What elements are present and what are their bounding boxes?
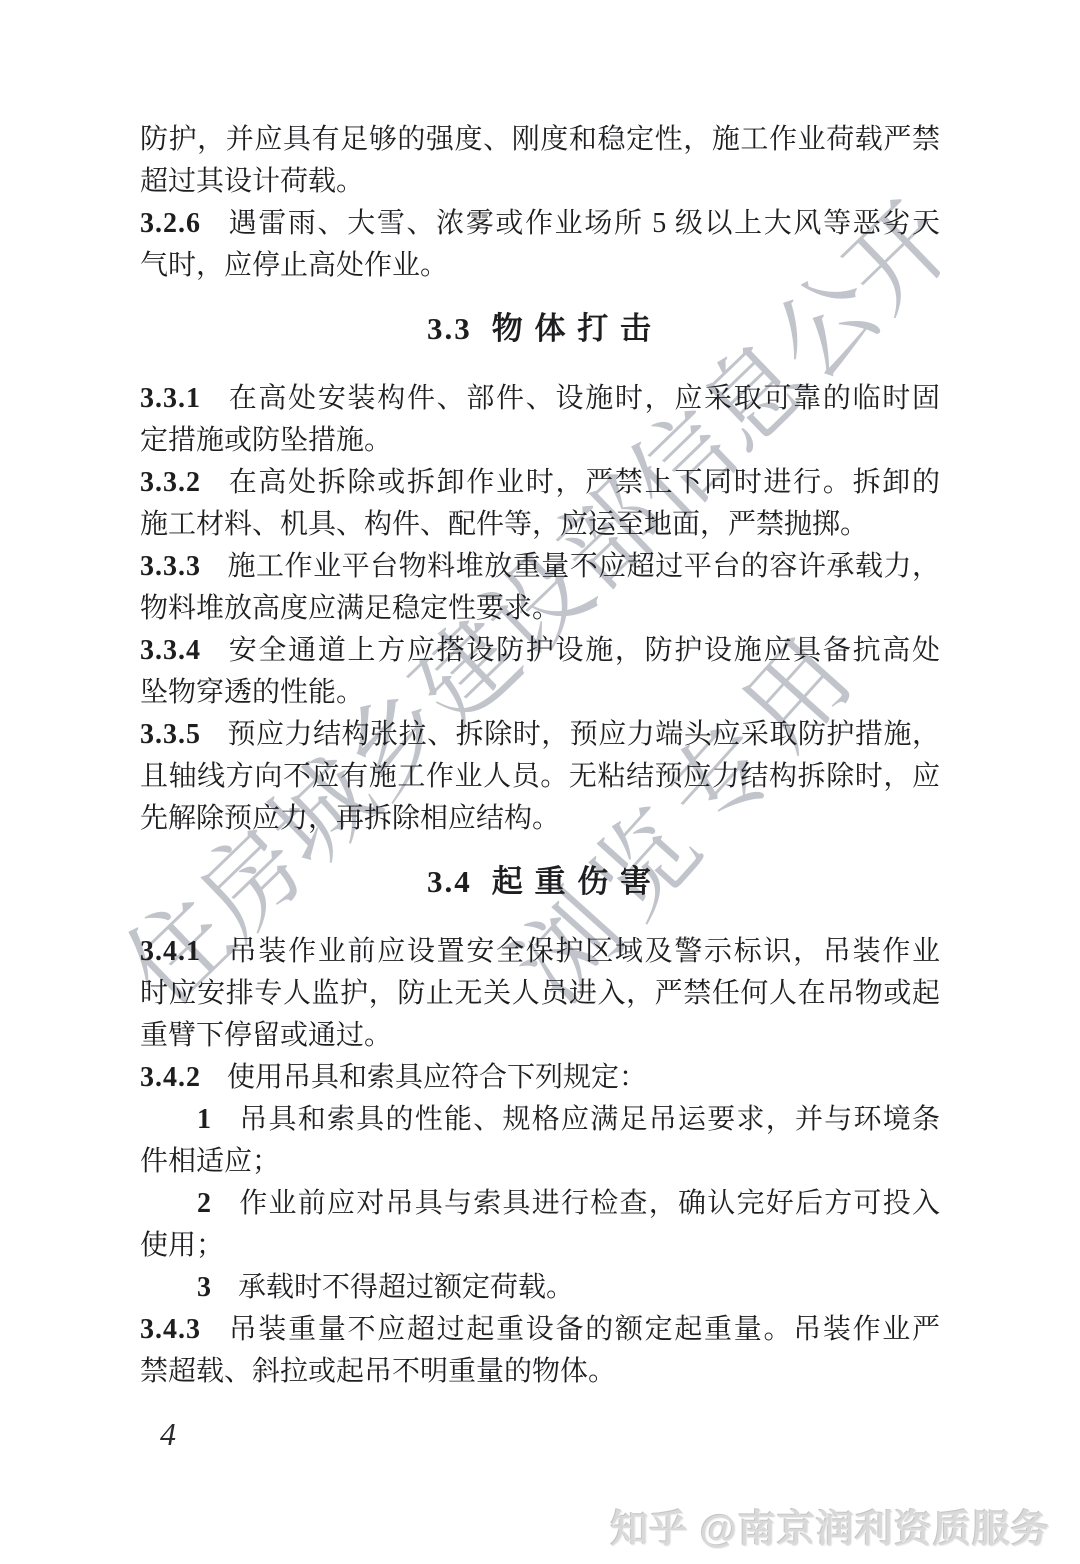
document-body: 防护，并应具有足够的强度、刚度和稳定性，施工作业荷载严禁超过其设计荷载。3.2.… [0,0,1080,1455]
clause-3-3-1: 3.3.1在高处安装构件、部件、设施时，应采取可靠的临时固 [140,378,940,420]
para-continuation: 且轴线方向不应有施工作业人员。无粘结预应力结构拆除时，应 [140,756,940,798]
clause-number: 3.3.1 [140,383,201,414]
clause-number: 3.3.5 [140,719,201,750]
para-continuation: 气时，应停止高处作业。 [140,245,940,287]
clause-number: 3 [197,1272,212,1303]
clause-number: 3.4.3 [140,1314,201,1345]
para-continuation: 先解除预应力，再拆除相应结构。 [140,798,940,840]
clause-text: 在高处安装构件、部件、设施时，应采取可靠的临时固 [227,383,940,414]
clause-text: 在高处拆除或拆卸作业时，严禁上下同时进行。拆卸的 [227,467,940,498]
clause-text: 防护，并应具有足够的强度、刚度和稳定性，施工作业荷载严禁 [140,124,940,155]
document-page: 住房城乡建设部信息公开 浏览专用 防护，并应具有足够的强度、刚度和稳定性，施工作… [0,0,1080,1564]
clause-text: 安全通道上方应搭设防护设施，防护设施应具备抗高处 [227,635,940,666]
clause-3-4-2: 3.4.2使用吊具和索具应符合下列规定： [140,1057,940,1099]
clause-number: 1 [197,1104,212,1135]
clause-number: 3.4.2 [140,1062,201,1093]
para-continuation: 使用； [140,1225,940,1267]
clause-text: 禁超载、斜拉或起吊不明重量的物体。 [140,1356,616,1387]
clause-text: 预应力结构张拉、拆除时，预应力端头应采取防护措施， [227,719,940,750]
clause-number: 3.4.1 [140,936,201,967]
clause-text: 施工作业平台物料堆放重量不应超过平台的容许承载力， [227,551,940,582]
list-item-1: 1吊具和索具的性能、规格应满足吊运要求，并与环境条 [140,1099,940,1141]
clause-text: 吊装重量不应超过起重设备的额定起重量。吊装作业严 [227,1314,940,1345]
para-continuation: 定措施或防坠措施。 [140,420,940,462]
para-continuation: 重臂下停留或通过。 [140,1015,940,1057]
clause-number: 3.3.4 [140,635,201,666]
clause-text: 坠物穿透的性能。 [140,677,364,708]
para-continuation: 件相适应； [140,1141,940,1183]
page-number: 4 [140,1413,940,1455]
list-item-3: 3承载时不得超过额定荷载。 [140,1267,940,1309]
para-continuation: 超过其设计荷载。 [140,161,940,203]
heading-title: 物 体 打 击 [492,311,653,346]
heading-3-3: 3.3物 体 打 击 [140,308,940,350]
clause-text: 时应安排专人监护，防止无关人员进入，严禁任何人在吊物或起 [140,978,940,1009]
clause-3-4-3: 3.4.3吊装重量不应超过起重设备的额定起重量。吊装作业严 [140,1309,940,1351]
clause-text: 吊装作业前应设置安全保护区域及警示标识，吊装作业 [227,936,940,967]
document-lines: 防护，并应具有足够的强度、刚度和稳定性，施工作业荷载严禁超过其设计荷载。3.2.… [140,119,940,1393]
clause-text: 先解除预应力，再拆除相应结构。 [140,803,560,834]
clause-text: 施工材料、机具、构件、配件等，应运至地面，严禁抛掷。 [140,509,868,540]
clause-text: 物料堆放高度应满足稳定性要求。 [140,593,560,624]
clause-number: 3.2.6 [140,208,201,239]
para-continuation: 防护，并应具有足够的强度、刚度和稳定性，施工作业荷载严禁 [140,119,940,161]
heading-number: 3.3 [427,311,472,346]
para-continuation: 施工材料、机具、构件、配件等，应运至地面，严禁抛掷。 [140,504,940,546]
clause-number: 2 [197,1188,212,1219]
clause-text: 遇雷雨、大雪、浓雾或作业场所 5 级以上大风等恶劣天 [227,208,940,239]
clause-text: 作业前应对吊具与索具进行检查，确认完好后方可投入 [238,1188,940,1219]
zhihu-brand-watermark: 知乎 @南京润利资质服务 [610,1498,1050,1553]
clause-text: 且轴线方向不应有施工作业人员。无粘结预应力结构拆除时，应 [140,761,940,792]
clause-text: 使用吊具和索具应符合下列规定： [227,1062,647,1093]
para-continuation: 坠物穿透的性能。 [140,672,940,714]
clause-3-3-4: 3.3.4安全通道上方应搭设防护设施，防护设施应具备抗高处 [140,630,940,672]
para-continuation: 禁超载、斜拉或起吊不明重量的物体。 [140,1351,940,1393]
clause-text: 件相适应； [140,1146,280,1177]
clause-text: 超过其设计荷载。 [140,166,364,197]
clause-text: 吊具和索具的性能、规格应满足吊运要求，并与环境条 [238,1104,940,1135]
clause-3-3-5: 3.3.5预应力结构张拉、拆除时，预应力端头应采取防护措施， [140,714,940,756]
para-continuation: 物料堆放高度应满足稳定性要求。 [140,588,940,630]
clause-3-3-3: 3.3.3施工作业平台物料堆放重量不应超过平台的容许承载力， [140,546,940,588]
heading-number: 3.4 [427,864,472,899]
clause-3-3-2: 3.3.2在高处拆除或拆卸作业时，严禁上下同时进行。拆卸的 [140,462,940,504]
clause-text: 使用； [140,1230,224,1261]
clause-text: 气时，应停止高处作业。 [140,250,448,281]
para-continuation: 时应安排专人监护，防止无关人员进入，严禁任何人在吊物或起 [140,973,940,1015]
heading-title: 起 重 伤 害 [492,864,653,899]
clause-3-4-1: 3.4.1吊装作业前应设置安全保护区域及警示标识，吊装作业 [140,931,940,973]
heading-3-4: 3.4起 重 伤 害 [140,861,940,903]
list-item-2: 2作业前应对吊具与索具进行检查，确认完好后方可投入 [140,1183,940,1225]
clause-text: 重臂下停留或通过。 [140,1020,392,1051]
clause-text: 定措施或防坠措施。 [140,425,392,456]
clause-text: 承载时不得超过额定荷载。 [238,1272,574,1303]
clause-number: 3.3.2 [140,467,201,498]
clause-3-2-6: 3.2.6遇雷雨、大雪、浓雾或作业场所 5 级以上大风等恶劣天 [140,203,940,245]
clause-number: 3.3.3 [140,551,201,582]
